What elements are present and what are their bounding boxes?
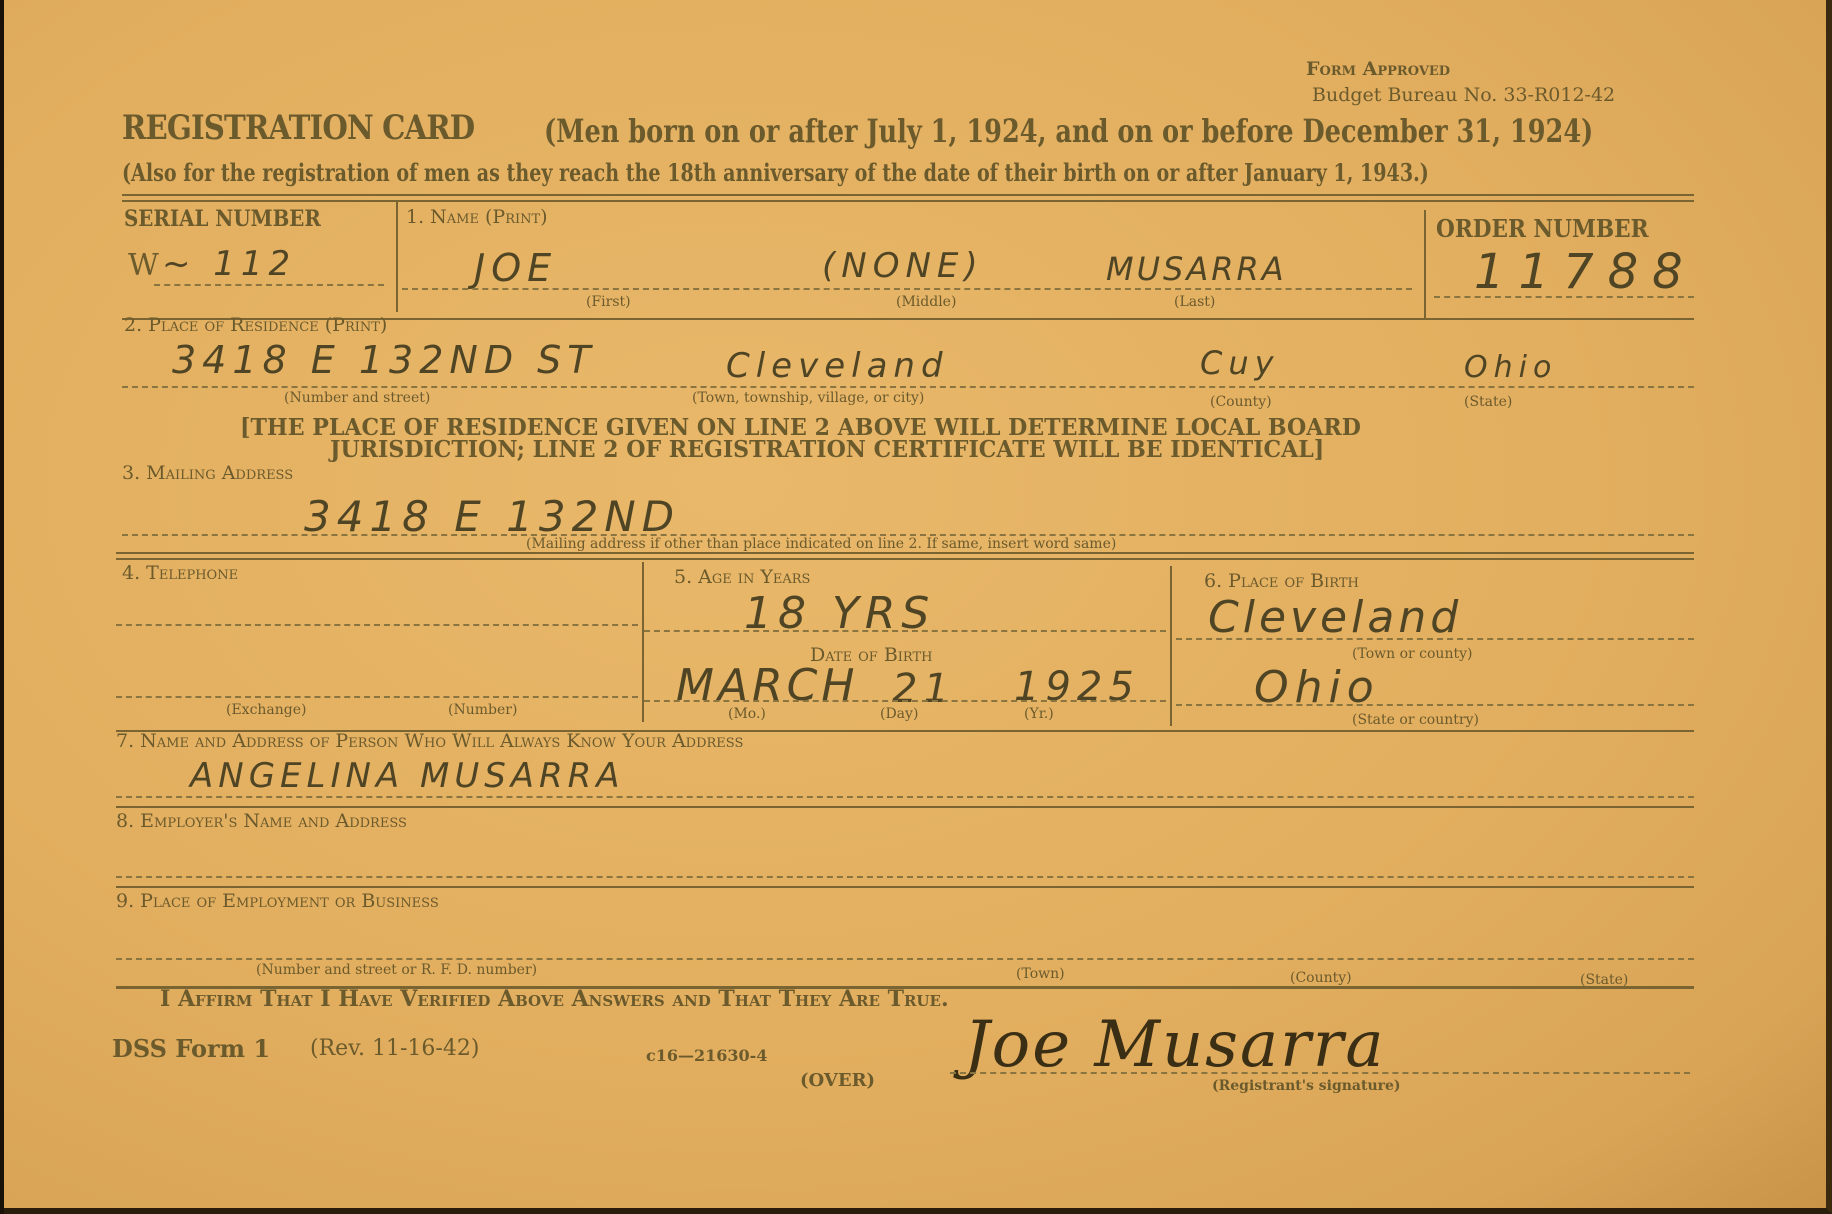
residence-city-value: Cleveland [726, 346, 949, 386]
first-caption: (First) [586, 294, 631, 310]
serial-number-label: SERIAL NUMBER [124, 206, 321, 232]
contact-label: 7. Name and Address of Person Who Will A… [116, 730, 743, 752]
town-caption: (Town or county) [1352, 646, 1472, 662]
serial-number-value: ~ 112 [162, 244, 296, 284]
mo-caption: (Mo.) [728, 706, 766, 722]
last-name-value: MUSARRA [1106, 250, 1287, 288]
signature-caption: (Registrant's signature) [1212, 1078, 1401, 1094]
residence-state-value: Ohio [1464, 350, 1557, 385]
residence-county-value: Cuy [1200, 344, 1280, 382]
place-of-birth-label: 6. Place of Birth [1204, 570, 1359, 592]
mailing-caption: (Mailing address if other than place ind… [526, 536, 1116, 552]
serial-prefix: W [128, 248, 159, 283]
order-number-value: 11788 [1474, 244, 1697, 300]
print-code: c16—21630-4 [646, 1046, 767, 1065]
residence-label: 2. Place of Residence (Print) [124, 314, 387, 336]
dob-year-value: 1925 [1014, 664, 1140, 710]
day-caption: (Day) [880, 706, 918, 722]
affirmation-statement: I Affirm That I Have Verified Above Answ… [160, 986, 949, 1012]
yr-caption: (Yr.) [1024, 706, 1054, 722]
birth-town-value: Cleveland [1208, 592, 1462, 643]
employment-street-caption: (Number and street or R. F. D. number) [256, 962, 537, 978]
middle-name-value: (NONE) [822, 246, 984, 286]
state-caption: (State) [1464, 394, 1512, 410]
place-of-employment-label: 9. Place of Employment or Business [116, 890, 439, 912]
registrant-signature: Joe Musarra [964, 1008, 1386, 1082]
street-caption: (Number and street) [284, 390, 430, 406]
middle-caption: (Middle) [896, 294, 956, 310]
eligibility-note: (Men born on or after July 1, 1924, and … [544, 112, 1593, 150]
card-title: REGISTRATION CARD [122, 108, 474, 148]
mailing-address-label: 3. Mailing Address [122, 462, 293, 484]
form-revision: (Rev. 11-16-42) [310, 1036, 479, 1061]
age-label: 5. Age in Years [674, 566, 810, 588]
registration-card: Form Approved Budget Bureau No. 33-R012-… [4, 0, 1832, 1214]
budget-bureau-number: Budget Bureau No. 33-R012-42 [1312, 84, 1615, 106]
last-caption: (Last) [1174, 294, 1215, 310]
employment-town-caption: (Town) [1016, 966, 1065, 982]
telephone-label: 4. Telephone [122, 562, 238, 584]
form-approved: Form Approved [1306, 58, 1450, 80]
exchange-caption: (Exchange) [226, 702, 307, 718]
city-caption: (Town, township, village, or city) [692, 390, 924, 406]
name-label: 1. Name (Print) [406, 206, 548, 228]
employment-county-caption: (County) [1290, 970, 1352, 986]
employer-label: 8. Employer's Name and Address [116, 810, 407, 832]
county-caption: (County) [1210, 394, 1272, 410]
state-country-caption: (State or country) [1352, 712, 1479, 728]
number-caption: (Number) [448, 702, 517, 718]
form-id: DSS Form 1 [112, 1034, 270, 1063]
order-number-label: ORDER NUMBER [1436, 214, 1649, 243]
residence-street-value: 3418 E 132ND ST [172, 338, 597, 382]
over-note: (OVER) [800, 1070, 875, 1091]
dob-month-value: MARCH [676, 660, 858, 711]
jurisdiction-notice-line2: JURISDICTION; LINE 2 OF REGISTRATION CER… [330, 436, 1324, 463]
first-name-value: JOE [474, 246, 557, 290]
also-for-note: (Also for the registration of men as the… [122, 158, 1429, 187]
contact-value: ANGELINA MUSARRA [190, 756, 625, 796]
